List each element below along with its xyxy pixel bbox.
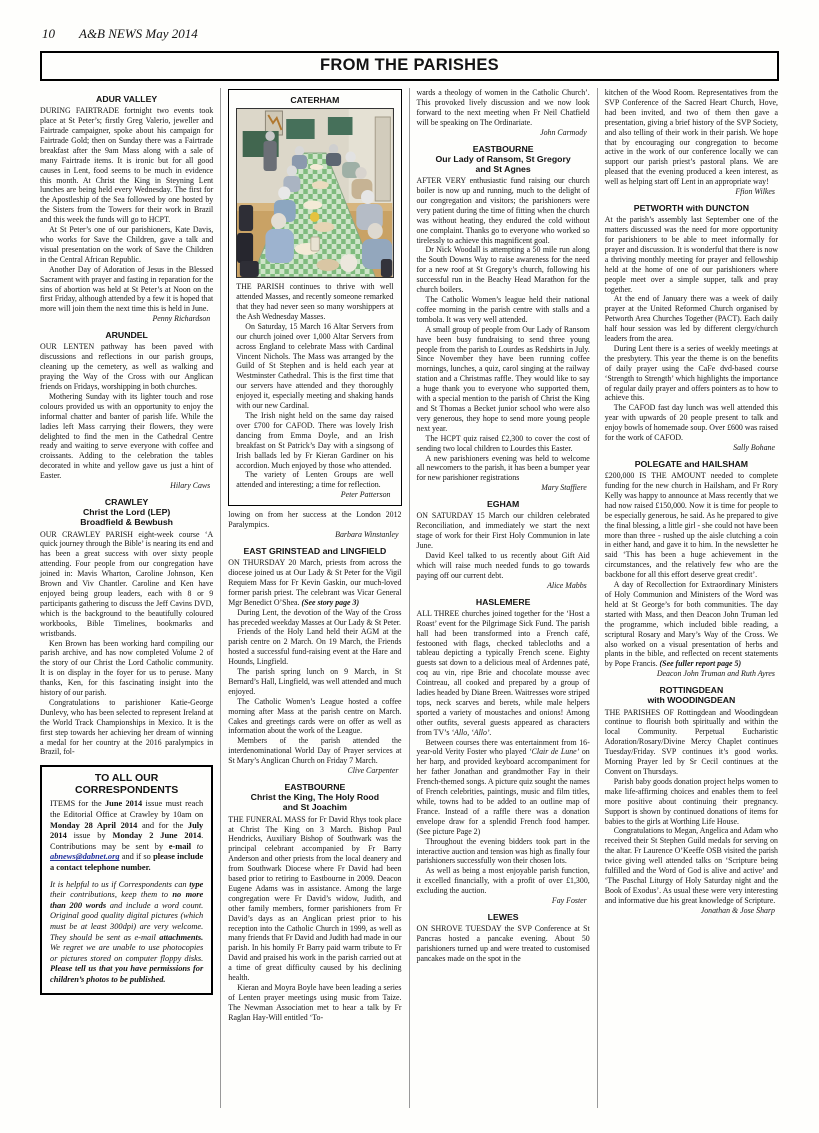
article-paragraph: At the end of January there was a week o… [605, 294, 778, 344]
article-byline: Barbara Winstanley [228, 530, 398, 540]
text-run: issue by [67, 831, 113, 840]
article-heading-line: and St Agnes [417, 164, 590, 174]
article-heading-line: ADUR VALLEY [40, 94, 213, 104]
masthead-title: A&B NEWS May 2014 [79, 26, 198, 42]
news-column-4: kitchen of the Wood Room. Representative… [598, 88, 779, 1108]
article-columns: ADUR VALLEYDURING FAIRTRADE fortnight tw… [40, 88, 779, 1108]
article-paragraph: OUR CRAWLEY PARISH eight-week course ‘A … [40, 530, 213, 639]
text-run: Please tell us that you have permissions… [50, 964, 203, 984]
article-heading-line: CATERHAM [236, 95, 393, 105]
article-byline: Alice Mabbs [417, 581, 587, 591]
newspaper-page: 10 A&B NEWS May 2014 FROM THE PARISHES A… [0, 0, 819, 1133]
article-paragraph: On Saturday, 15 March 16 Altar Servers f… [236, 322, 393, 411]
text-run: (See fuller report page 5) [660, 659, 742, 668]
article-paragraph: kitchen of the Wood Room. Representative… [605, 88, 778, 187]
article-paragraph: Congratulations to parishioner Katie-Geo… [40, 698, 213, 757]
article-paragraph: wards a theology of women in the Catholi… [417, 88, 590, 128]
section-title: FROM THE PARISHES [320, 56, 499, 74]
news-column-1: ADUR VALLEYDURING FAIRTRADE fortnight tw… [40, 88, 221, 1108]
article-heading: LEWES [417, 912, 590, 922]
text-run: to [197, 842, 204, 851]
text-run: type [189, 880, 203, 889]
text-run: We regret we are unable to use photocopi… [50, 943, 203, 963]
article-heading-line: CORRESPONDENTS [50, 784, 203, 796]
correspondents-box: TO ALL OURCORRESPONDENTSITEMS for the Ju… [40, 765, 213, 995]
photo-illustration [237, 109, 392, 277]
text-run: and if so [120, 852, 154, 861]
text-run: ALL THREE churches joined together for t… [417, 609, 590, 737]
article-heading: ADUR VALLEY [40, 94, 213, 104]
article-paragraph: ON SATURDAY 15 March our children celebr… [417, 511, 590, 551]
article-paragraph: A new parishioners evening was held to w… [417, 454, 590, 484]
article-heading-line: ARUNDEL [40, 330, 213, 340]
text-run: on her harp, and provided keyboard accom… [417, 747, 590, 835]
article-heading: ARUNDEL [40, 330, 213, 340]
article-paragraph: Dr Nick Woodall is attempting a 50 mile … [417, 245, 590, 295]
text-run: June 2014 [105, 799, 142, 808]
article-paragraph: It is helpful to us if Correspondents ca… [50, 880, 203, 986]
article-heading-line: PETWORTH with DUNCTON [605, 203, 778, 213]
text-run: A day of Recollection for Extraordinary … [605, 580, 778, 668]
caterham-box: CATERHAM [228, 89, 401, 506]
article-paragraph: The Catholic Women’s league held their n… [417, 295, 590, 325]
text-run: It is helpful to us if Correspondents ca… [50, 880, 189, 889]
article-heading: POLEGATE and HAILSHAM [605, 459, 778, 469]
news-column-2: CATERHAM [221, 88, 409, 1108]
article-paragraph: The Irish night held on the same day rai… [236, 411, 393, 470]
article-heading: ROTTINGDEANwith WOODINGDEAN [605, 685, 778, 705]
article-paragraph: At St Peter’s one of our parishioners, K… [40, 225, 213, 265]
article-heading-line: Christ the King, The Holy Rood [228, 792, 401, 802]
article-paragraph: DURING FAIRTRADE fortnight two events to… [40, 106, 213, 225]
article-heading: EASTBOURNEOur Lady of Ransom, St Gregory… [417, 144, 590, 175]
article-byline: Hilary Caws [40, 481, 210, 491]
article-byline: Deacon John Truman and Ruth Ayres [605, 669, 775, 679]
article-paragraph: ITEMS for the June 2014 issue must reach… [50, 799, 203, 873]
text-run: Monday 2 June 2014 [113, 831, 202, 840]
article-heading: EGHAM [417, 499, 590, 509]
article-byline: Fay Foster [417, 896, 587, 906]
article-heading-line: EASTBOURNE [228, 782, 401, 792]
email-link[interactable]: abnews@dabnet.org [50, 852, 120, 861]
article-heading-line: CRAWLEY [40, 497, 213, 507]
article-heading-line: Broadfield & Bewbush [40, 517, 213, 527]
article-paragraph: The CAFOD fast day lunch was well attend… [605, 403, 778, 443]
text-run: their contributions, keep them to [50, 890, 172, 899]
article-paragraph: The variety of Lenten Groups are well at… [236, 470, 393, 490]
article-heading: TO ALL OURCORRESPONDENTS [50, 772, 203, 796]
text-run: and for the [137, 821, 188, 830]
text-run: (See story page 3) [301, 598, 359, 607]
article-heading-line: EASTBOURNE [417, 144, 590, 154]
article-heading-line: POLEGATE and HAILSHAM [605, 459, 778, 469]
article-paragraph: £200,000 IS THE AMOUNT needed to complet… [605, 471, 778, 580]
article-paragraph: A small group of people from Our Lady of… [417, 325, 590, 434]
article-heading: CRAWLEYChrist the Lord (LEP)Broadfield &… [40, 497, 213, 528]
article-paragraph: ALL THREE churches joined together for t… [417, 609, 590, 738]
article-paragraph: ON THURSDAY 20 March, priests from acros… [228, 558, 401, 608]
article-paragraph: The HCPT quiz raised £2,300 to cover the… [417, 434, 590, 454]
section-banner: FROM THE PARISHES [40, 51, 779, 81]
article-paragraph: lowing on from her success at the London… [228, 510, 401, 530]
article-heading-line: ROTTINGDEAN [605, 685, 778, 695]
article-heading: CATERHAM [236, 95, 393, 105]
article-heading-line: LEWES [417, 912, 590, 922]
article-paragraph: Throughout the evening bidders took part… [417, 837, 590, 867]
article-paragraph: At the parish’s assembly last September … [605, 215, 778, 294]
article-paragraph: Congratulations to Megan, Angelica and A… [605, 826, 778, 905]
article-byline: Clive Carpenter [228, 766, 398, 776]
article-paragraph: A day of Recollection for Extraordinary … [605, 580, 778, 669]
article-heading-line: EGHAM [417, 499, 590, 509]
article-byline: Sally Bohane [605, 443, 775, 453]
article-heading: EAST GRINSTEAD and LINGFIELD [228, 546, 401, 556]
article-byline: Mary Staffiere [417, 483, 587, 493]
article-heading-line: and St Joachim [228, 802, 401, 812]
article-paragraph: THE FUNERAL MASS for Fr David Rhys took … [228, 815, 401, 983]
news-column-3: wards a theology of women in the Catholi… [410, 88, 598, 1108]
article-paragraph: AFTER VERY enthusiastic fund raising our… [417, 176, 590, 245]
article-paragraph: David Keel talked to us recently about G… [417, 551, 590, 581]
article-paragraph: Mothering Sunday with its lighter touch … [40, 392, 213, 481]
article-heading: HASLEMERE [417, 597, 590, 607]
page-header: 10 A&B NEWS May 2014 [40, 26, 779, 42]
article-paragraph: Another Day of Adoration of Jesus in the… [40, 265, 213, 315]
text-run: e-mail [169, 842, 191, 851]
article-heading-line: HASLEMERE [417, 597, 590, 607]
article-paragraph: Ken Brown has been working hard compilin… [40, 639, 213, 698]
article-paragraph: During Lent there is a series of weekly … [605, 344, 778, 403]
caterham-photo [236, 108, 393, 278]
article-paragraph: Friends of the Holy Land held their AGM … [228, 627, 401, 667]
text-run: attachments. [159, 933, 203, 942]
text-run: ‘Allo, ‘Allo’. [451, 728, 491, 737]
article-heading-line: Christ the Lord (LEP) [40, 507, 213, 517]
article-paragraph: OUR LENTEN pathway has been paved with d… [40, 342, 213, 392]
article-heading-line: Our Lady of Ransom, St Gregory [417, 154, 590, 164]
text-run: Monday 28 April 2014 [50, 821, 137, 830]
article-paragraph: As well as being a most enjoyable parish… [417, 866, 590, 896]
article-paragraph: Members of the parish attended the inter… [228, 736, 401, 766]
text-run: ITEMS for the [50, 799, 105, 808]
article-paragraph: ON SHROVE TUESDAY the SVP Conference at … [417, 924, 590, 964]
article-byline: Peter Patterson [236, 490, 390, 500]
article-heading-line: with WOODINGDEAN [605, 695, 778, 705]
article-paragraph: The parish spring lunch on 9 March, in S… [228, 667, 401, 697]
article-paragraph: Between courses there was entertainment … [417, 738, 590, 837]
text-run: ‘Clair de Lune’ [529, 747, 579, 756]
article-heading-line: TO ALL OUR [50, 772, 203, 784]
article-heading: EASTBOURNEChrist the King, The Holy Rood… [228, 782, 401, 813]
article-paragraph: THE PARISHES OF Rottingdean and Woodingd… [605, 708, 778, 777]
page-number: 10 [42, 26, 55, 42]
article-byline: Ffion Wilkes [605, 187, 775, 197]
article-paragraph: The Catholic Women’s League hosted a cof… [228, 697, 401, 737]
article-byline: John Carmody [417, 128, 587, 138]
article-paragraph: During Lent, the devotion of the Way of … [228, 608, 401, 628]
article-paragraph: THE PARISH continues to thrive with well… [236, 282, 393, 322]
article-byline: Penny Richardson [40, 314, 210, 324]
article-paragraph: Kieran and Moyra Boyle have been leading… [228, 983, 401, 1023]
article-heading-line: EAST GRINSTEAD and LINGFIELD [228, 546, 401, 556]
article-heading: PETWORTH with DUNCTON [605, 203, 778, 213]
article-byline: Jonathan & Jose Sharp [605, 906, 775, 916]
article-paragraph: Parish baby goods donation project helps… [605, 777, 778, 827]
